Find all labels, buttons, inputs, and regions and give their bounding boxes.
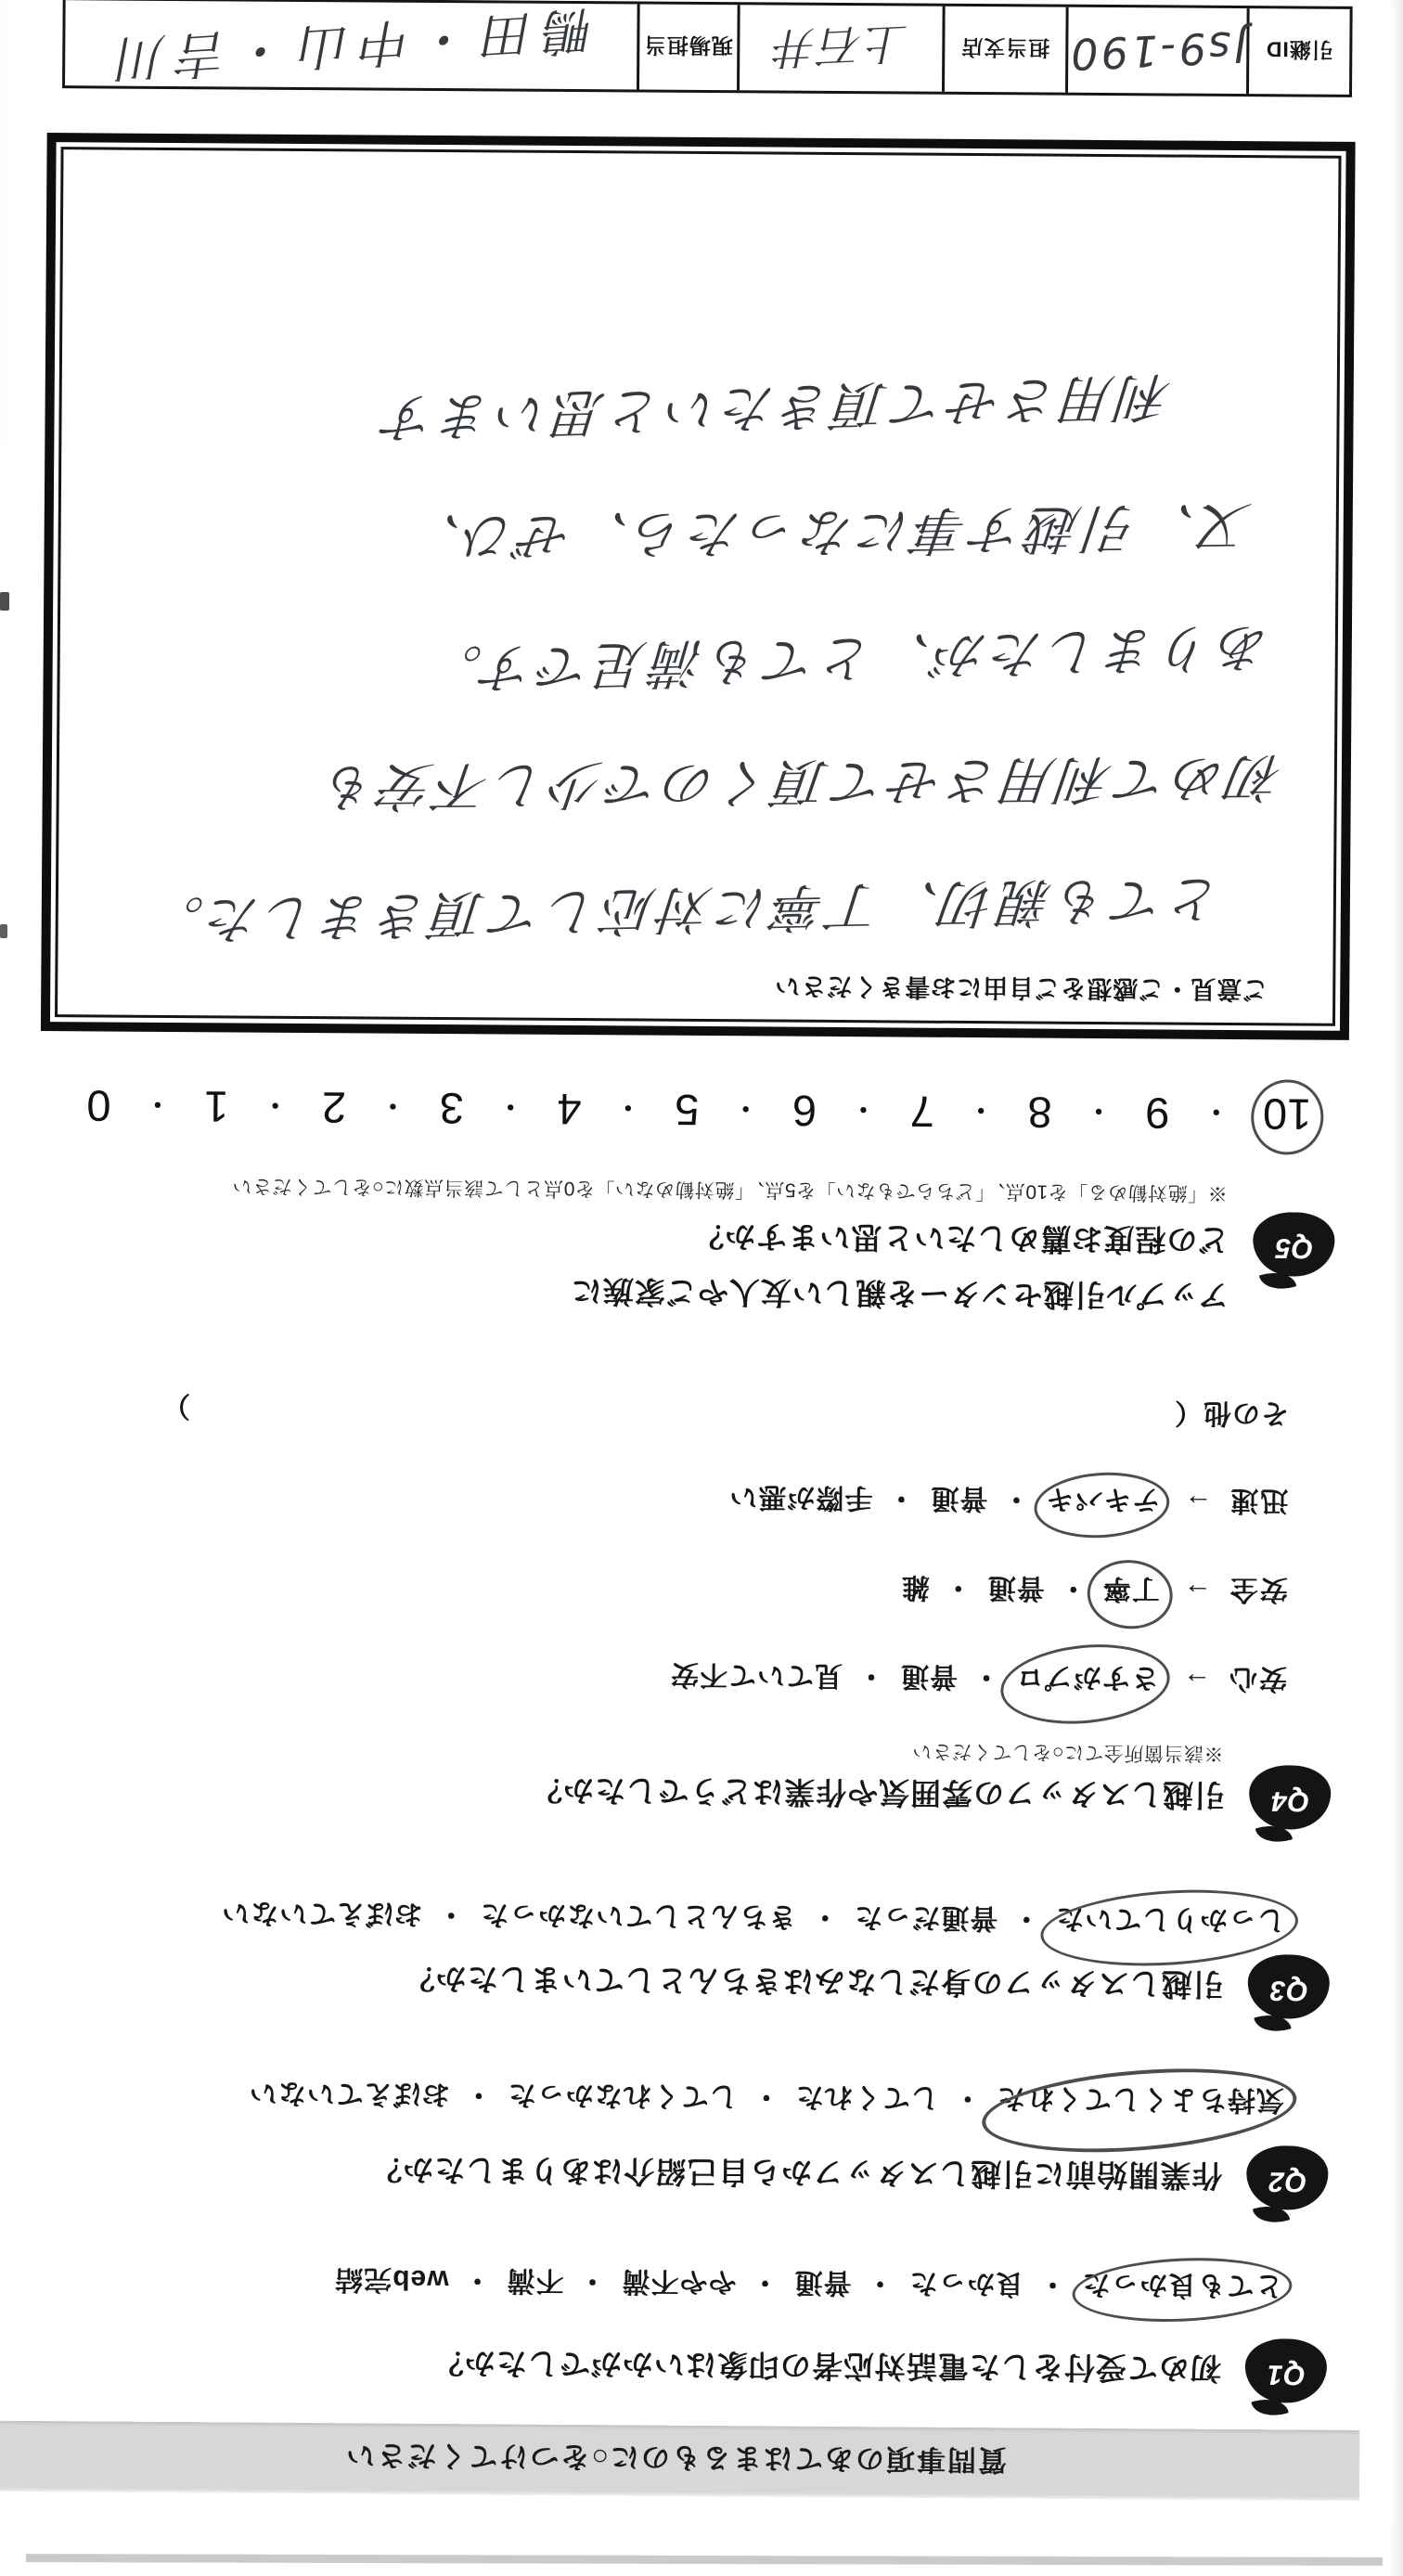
q1-option: 良かった xyxy=(908,2266,1023,2308)
q2-badge-label: Q2 xyxy=(1246,2165,1328,2197)
option-separator: ・ xyxy=(954,2080,982,2121)
section-title: 質問事項のあてはまるものに○をつけてください xyxy=(344,2438,1007,2484)
scale-value: 7 xyxy=(910,1087,935,1138)
scale-separator: ・ xyxy=(142,1084,174,1129)
id-label-cell: 引継ID xyxy=(1249,8,1350,95)
handwritten-id-value: Js9-190 xyxy=(1067,21,1247,80)
q2-option-circled: 気持ちよくしてくれた xyxy=(997,2080,1284,2123)
option-separator: ・ xyxy=(751,2264,779,2305)
q1-options: とても良かった ・ 良かった ・ 普通 ・ やや不満 ・ 不満 ・ web完結 xyxy=(334,2261,1283,2309)
scale-value: 0 xyxy=(86,1080,111,1131)
q4-row-label: 安心 xyxy=(1228,1661,1287,1702)
scale-value: 2 xyxy=(322,1082,347,1133)
q4-option: 雑 xyxy=(901,1570,930,1611)
option-separator: ・ xyxy=(1012,1900,1040,1941)
q4-row-other: その他（ ） xyxy=(161,1388,1289,1436)
q2-option: おぼえていない xyxy=(249,2076,450,2119)
q3-options: しっかりしていた ・ 普通だった ・ きちんとしていなかった ・ おぼえていない xyxy=(221,1895,1285,1943)
q4-question-text: 引越しスタッフの雰囲気や作業はどうでしたか？ xyxy=(531,1771,1225,1819)
q1-badge-label: Q1 xyxy=(1245,2358,1327,2390)
handwritten-comment-line: 初めて利用させて頂くので少し不安も xyxy=(316,743,1286,828)
scale-separator: ・ xyxy=(1201,1091,1232,1137)
q4-row-anzen: 安全 → 丁寧 ・ 普通 ・ 雑 xyxy=(901,1570,1288,1614)
scale-separator: ・ xyxy=(377,1086,408,1131)
q5-nps-scale: 10 ・ 9 ・ 8 ・ 7 ・ 6 ・ 5 ・ 4 ・ 3 ・ 2 ・ 1 ・… xyxy=(86,1080,1311,1140)
staff-label-cell: 現場担当 xyxy=(639,5,740,91)
id-label: 引継ID xyxy=(1266,36,1333,68)
q4-row-anshin: 安心 → さすがプロ ・ 普通 ・ 見ていて不安 xyxy=(670,1657,1287,1703)
option-separator: ・ xyxy=(578,2263,606,2304)
option-separator: ・ xyxy=(465,2077,493,2118)
q4-option: 見ていて不安 xyxy=(670,1657,843,1699)
q5-note: ※「絶対勧める」を10点、「どちらでもない」を5点、「絶対勧めない」を0点として… xyxy=(232,1173,1228,1207)
option-separator: ・ xyxy=(887,1480,915,1521)
arrow-icon: → xyxy=(1184,1577,1212,1608)
q1-question-text: 初めて受付をした電話対応者の印象はいかがでしたか？ xyxy=(432,2343,1221,2392)
q5-question-line2: どの程度お薦めしたいと思いますか？ xyxy=(692,1217,1229,1264)
q3-badge-label: Q3 xyxy=(1248,1974,1330,2006)
option-separator: ・ xyxy=(753,2079,780,2119)
scale-separator: ・ xyxy=(965,1089,997,1135)
option-separator: ・ xyxy=(972,1659,1000,1700)
q3-option-circled: しっかりしていた xyxy=(1055,1901,1285,1944)
q4-row-label: 迅速 xyxy=(1229,1483,1288,1524)
q3-apple-badge-icon: Q3 xyxy=(1247,1954,1330,2031)
handwritten-comment-line: 利用させて頂きたいと思います xyxy=(377,363,1173,459)
q4-option-circled: テキパキ xyxy=(1045,1482,1160,1524)
scale-value: 8 xyxy=(1027,1087,1052,1138)
q4-option: 手際が悪い xyxy=(728,1479,872,1521)
q4-row-label: 安全 xyxy=(1229,1572,1288,1613)
q4-option: 普通 xyxy=(987,1570,1045,1611)
arrow-icon: → xyxy=(1183,1666,1211,1697)
handwritten-comment-line: 又、引越す事になったら、ぜひ、 xyxy=(400,492,1254,578)
q4-other-blank xyxy=(190,1409,1174,1415)
comment-box: ご意見・ご感想をご自由にお書きください とても親切、丁寧に対応して頂きました。 … xyxy=(41,133,1356,1040)
branch-label: 担当支店 xyxy=(960,33,1049,65)
arrow-icon: → xyxy=(1184,1488,1212,1519)
q1-apple-badge-icon: Q1 xyxy=(1245,2338,1328,2415)
q4-note: ※該当箇所全てに○をしてください xyxy=(912,1739,1224,1769)
q3-option: 普通だった xyxy=(854,1900,998,1941)
branch-label-cell: 担当支店 xyxy=(945,6,1069,93)
scale-value: 3 xyxy=(440,1083,465,1134)
handover-id-table: 引継ID Js9-190 担当支店 上石井 現場担当 鴨田・中山・吉川 xyxy=(62,0,1353,97)
scanned-survey-sheet: 質問事項のあてはまるものに○をつけてください Q1 初めて受付をした電話対応者の… xyxy=(0,0,1403,2576)
option-separator: ・ xyxy=(463,2262,491,2303)
comment-box-inner-border: ご意見・ご感想をご自由にお書きください とても親切、丁寧に対応して頂きました。 … xyxy=(55,147,1342,1026)
scale-value: 6 xyxy=(792,1086,817,1137)
scale-value: 4 xyxy=(557,1084,582,1135)
option-separator: ・ xyxy=(811,1900,839,1940)
scale-separator: ・ xyxy=(612,1087,644,1132)
q4-other-label: その他（ xyxy=(1174,1396,1289,1437)
handwritten-comment-line: とても親切、丁寧に対応して頂きました。 xyxy=(144,865,1224,961)
q4-row-jinsoku: 迅速 → テキパキ ・ 普通 ・ 手際が悪い xyxy=(728,1479,1288,1524)
q4-badge-label: Q4 xyxy=(1249,1784,1331,1817)
q3-option: おぼえていない xyxy=(221,1895,422,1938)
q3-question-text: 引越しスタッフの身だしなみはきちんとしていましたか？ xyxy=(404,1959,1224,2008)
id-value-cell: Js9-190 xyxy=(1068,7,1250,94)
scale-separator: ・ xyxy=(847,1088,879,1134)
q5-question-line1: アップル引越センターを親しい友人やご家族に xyxy=(571,1271,1229,1320)
scale-separator: ・ xyxy=(730,1088,762,1133)
paper-page-rotated-180: 質問事項のあてはまるものに○をつけてください Q1 初めて受付をした電話対応者の… xyxy=(0,0,1403,2576)
branch-value-cell: 上石井 xyxy=(740,5,946,92)
q4-option: 普通 xyxy=(930,1481,987,1522)
q3-option: きちんとしていなかった xyxy=(480,1897,796,1939)
q4-other-close: ） xyxy=(161,1388,190,1429)
option-separator: ・ xyxy=(1038,2267,1066,2308)
q1-option: web完結 xyxy=(334,2261,449,2303)
scale-separator: ・ xyxy=(495,1086,526,1131)
staff-label: 現場担当 xyxy=(644,32,733,63)
scale-value: 9 xyxy=(1145,1088,1170,1139)
q4-option: 普通 xyxy=(900,1659,958,1700)
q4-option-circled: さすがプロ xyxy=(1015,1659,1159,1701)
option-separator: ・ xyxy=(1002,1481,1030,1522)
option-separator: ・ xyxy=(1060,1571,1088,1612)
q1-option: 普通 xyxy=(793,2265,851,2306)
q1-option: 不満 xyxy=(506,2263,563,2304)
scale-separator: ・ xyxy=(259,1085,290,1130)
scale-value-circled: 10 xyxy=(1263,1088,1312,1140)
q4-apple-badge-icon: Q4 xyxy=(1249,1765,1332,1842)
scale-value: 1 xyxy=(204,1081,229,1132)
section-title-bar: 質問事項のあてはまるものに○をつけてください xyxy=(0,2421,1359,2501)
comment-box-title: ご意見・ご感想をご自由にお書きください xyxy=(774,971,1268,1011)
q1-option: やや不満 xyxy=(621,2263,736,2305)
q2-apple-badge-icon: Q2 xyxy=(1246,2145,1329,2222)
scale-separator: ・ xyxy=(1083,1090,1114,1136)
handwritten-comment-line: ありましたが、とても満足です。 xyxy=(424,612,1272,711)
option-separator: ・ xyxy=(866,2265,894,2306)
scale-value: 5 xyxy=(675,1085,700,1136)
q1-option-circled: とても良かった xyxy=(1081,2267,1282,2310)
handwritten-staff-signature: 鴨田・中山・吉川 xyxy=(105,0,599,99)
option-separator: ・ xyxy=(945,1570,972,1611)
q2-option: してくれた xyxy=(795,2080,939,2121)
option-separator: ・ xyxy=(857,1658,885,1699)
option-separator: ・ xyxy=(437,1897,465,1938)
staff-signature-cell: 鴨田・中山・吉川 xyxy=(65,0,640,89)
q2-option: してくれなかった xyxy=(508,2078,738,2120)
q5-apple-badge-icon: Q5 xyxy=(1253,1212,1335,1289)
q2-question-text: 作業開始前に引越しスタッフから自己紹介はありましたか？ xyxy=(370,2150,1222,2199)
handwritten-branch-value: 上石井 xyxy=(771,15,910,83)
q5-badge-label: Q5 xyxy=(1253,1231,1334,1264)
q4-option-circled: 丁寧 xyxy=(1102,1571,1160,1612)
q2-options: 気持ちよくしてくれた ・ してくれた ・ してくれなかった ・ おぼえていない xyxy=(249,2076,1284,2124)
